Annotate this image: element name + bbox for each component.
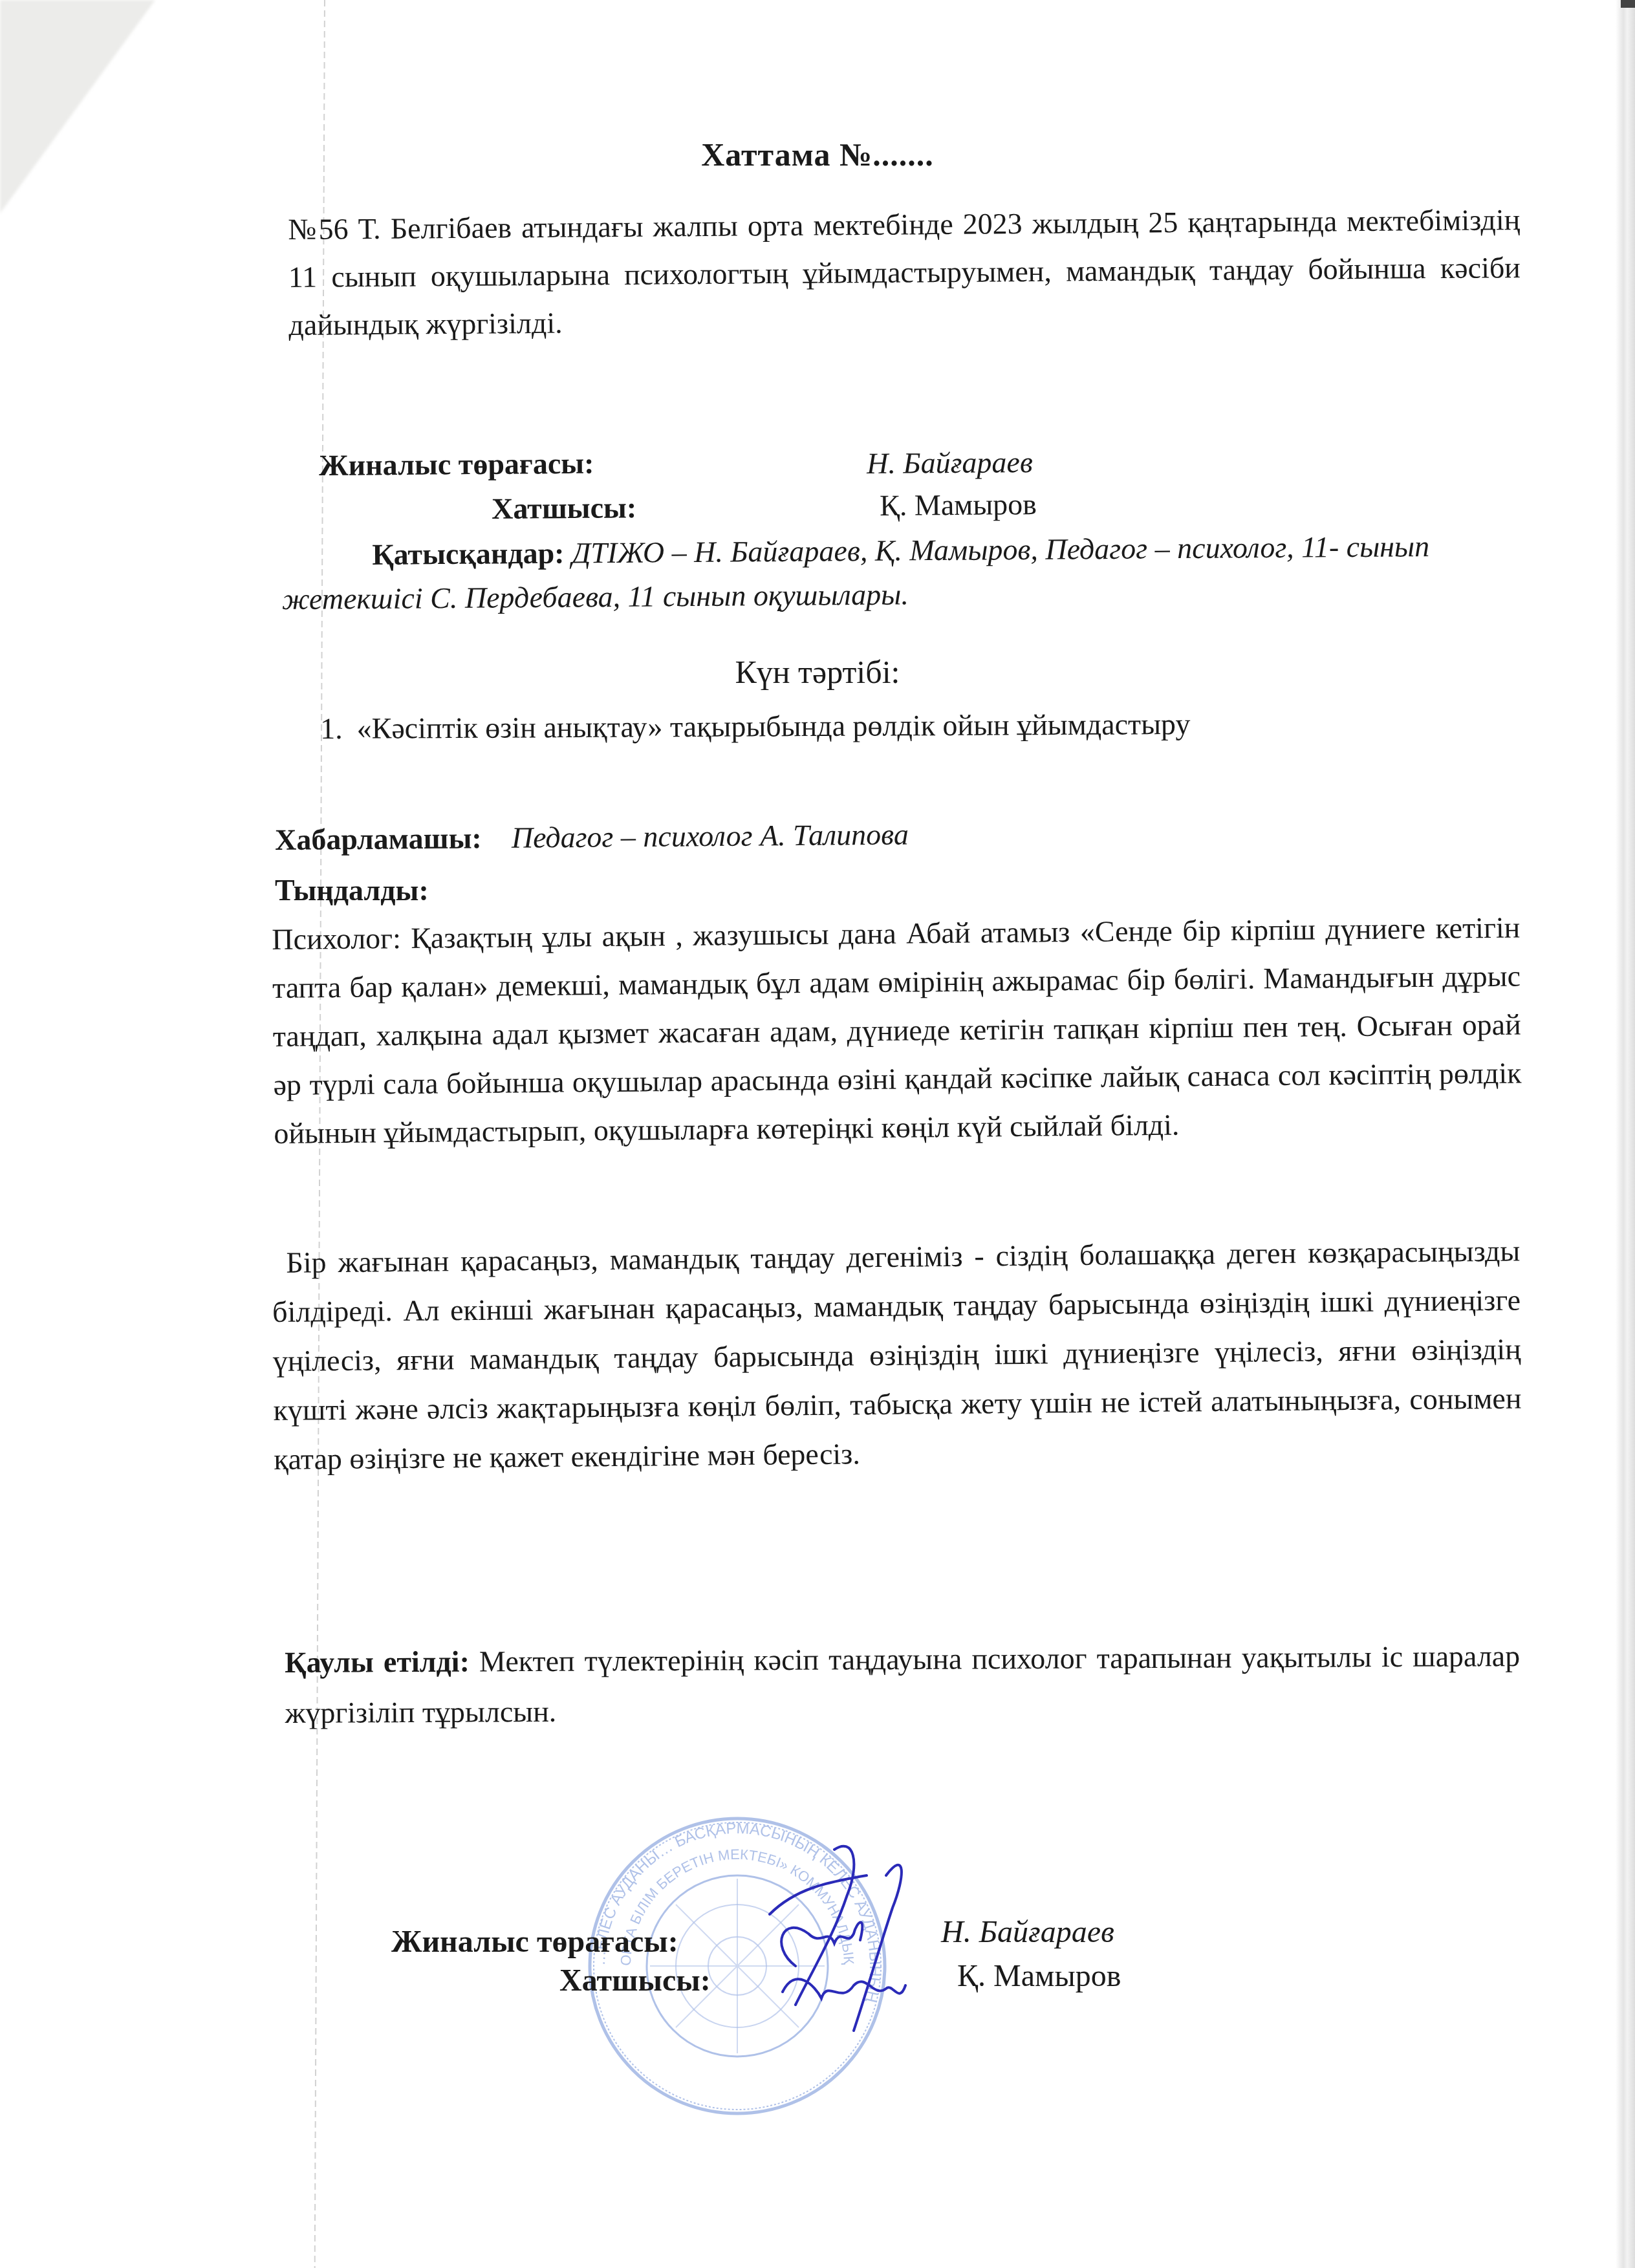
agenda-title: Күн тәртібі: xyxy=(0,653,1635,691)
participants: Қатысқандар: ДТІЖО – Н. Байғараев, Қ. Ма… xyxy=(281,524,1550,621)
agenda-item-number: 1. xyxy=(320,711,349,746)
resolution-value: Мектеп түлектерінің кәсіп таңдауына псих… xyxy=(285,1639,1520,1729)
heard-paragraph-1: Психолог: Қазақтың ұлы ақын , жазушысы д… xyxy=(272,903,1522,1158)
reporter-value: Педагог – психолог А. Талипова xyxy=(512,817,909,854)
page-fold-shadow xyxy=(0,0,155,213)
heard-label: Тыңдалды: xyxy=(275,873,429,907)
chair-value: Н. Байғараев xyxy=(867,445,1033,481)
resolution-label: Қаулы етілді: xyxy=(285,1645,470,1679)
resolution: Қаулы етілді: Мектеп түлектерінің кәсіп … xyxy=(285,1631,1521,1738)
intro-paragraph: №56 Т. Белгібаев атындағы жалпы орта мек… xyxy=(288,196,1521,349)
secretary-label: Хатшысы: xyxy=(492,490,636,526)
secretary-value: Қ. Мамыров xyxy=(880,487,1037,523)
agenda-item-text: «Кәсіптік өзін анықтау» тақырыбында рөлд… xyxy=(357,707,1191,745)
signature-secretary-label: Хатшысы: xyxy=(559,1963,711,1998)
agenda-item: 1. «Кәсіптік өзін анықтау» тақырыбында р… xyxy=(320,707,1191,746)
signature-chair-label: Жиналыс төрағасы: xyxy=(391,1924,678,1960)
signature-chair-value: Н. Байғараев xyxy=(941,1914,1114,1950)
signature-secretary-value: Қ. Мамыров xyxy=(957,1958,1121,1994)
document-title: Хаттама №....... xyxy=(0,136,1635,173)
signature-icon xyxy=(757,1837,951,2050)
heard-paragraph-2: Бір жағынан қарасаңыз, мамандық таңдау д… xyxy=(272,1226,1522,1484)
chair-label: Жиналыс төрағасы: xyxy=(319,446,594,482)
participants-label: Қатысқандар: xyxy=(281,537,565,572)
document-page: Хаттама №....... №56 Т. Белгібаев атында… xyxy=(0,0,1635,2268)
reporter-label: Хабарламашы: xyxy=(275,821,482,856)
page-edge xyxy=(1616,0,1635,2268)
reporter: Хабарламашы: Педагог – психолог А. Талип… xyxy=(275,817,909,857)
